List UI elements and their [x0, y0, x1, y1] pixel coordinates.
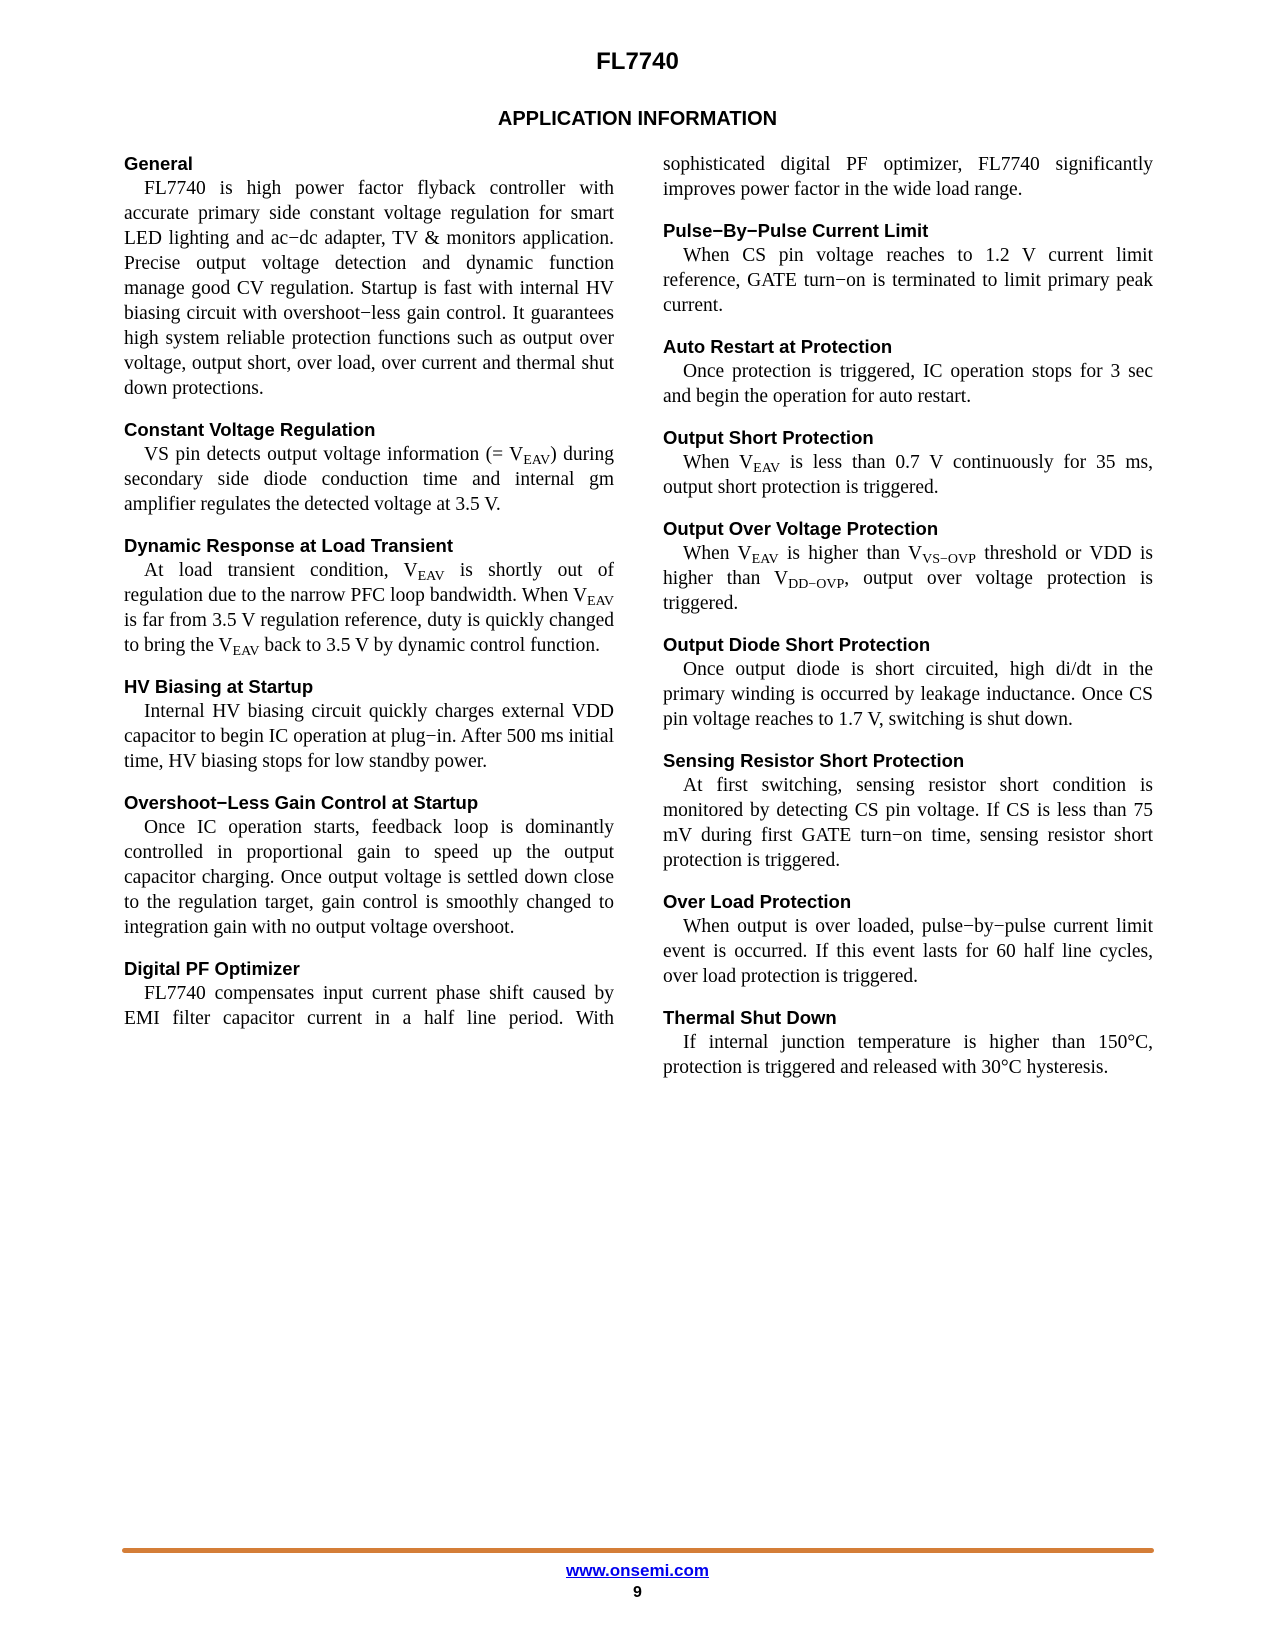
section-heading: Dynamic Response at Load Transient	[124, 534, 614, 558]
section-pulse-by-pulse-current-limit: Pulse−By−Pulse Current Limit When CS pin…	[663, 219, 1153, 318]
section-general: General FL7740 is high power factor flyb…	[124, 152, 614, 401]
document-title: FL7740	[0, 48, 1275, 76]
section-heading: Constant Voltage Regulation	[124, 418, 614, 442]
text-run: When V	[683, 543, 752, 564]
subscript: EAV	[752, 552, 779, 567]
section-output-short-protection: Output Short Protection When VEAV is les…	[663, 426, 1153, 500]
text-run: When V	[683, 452, 753, 473]
right-column: sophisticated digital PF optimizer, FL77…	[663, 152, 1153, 1097]
section-heading: Auto Restart at Protection	[663, 335, 1153, 359]
footer-link-container: www.onsemi.com	[0, 1561, 1275, 1581]
subscript: EAV	[753, 461, 780, 476]
section-heading: Overshoot−Less Gain Control at Startup	[124, 791, 614, 815]
section-heading: HV Biasing at Startup	[124, 675, 614, 699]
section-heading: Output Diode Short Protection	[663, 633, 1153, 657]
section-body: If internal junction temperature is high…	[663, 1030, 1153, 1080]
section-thermal-shut-down: Thermal Shut Down If internal junction t…	[663, 1006, 1153, 1080]
website-link[interactable]: www.onsemi.com	[566, 1561, 709, 1580]
section-sensing-resistor-short-protection: Sensing Resistor Short Protection At fir…	[663, 749, 1153, 873]
section-heading: Pulse−By−Pulse Current Limit	[663, 219, 1153, 243]
section-body: When VEAV is less than 0.7 V continuousl…	[663, 450, 1153, 500]
subscript: DD−OVP	[788, 577, 844, 592]
text-run: VS pin detects output voltage informatio…	[144, 444, 523, 465]
section-heading: Output Over Voltage Protection	[663, 517, 1153, 541]
section-dynamic-response: Dynamic Response at Load Transient At lo…	[124, 534, 614, 658]
subscript: EAV	[523, 453, 550, 468]
section-body: When output is over loaded, pulse−by−pul…	[663, 914, 1153, 989]
subscript: EAV	[418, 569, 445, 584]
section-hv-biasing: HV Biasing at Startup Internal HV biasin…	[124, 675, 614, 774]
section-body: Once IC operation starts, feedback loop …	[124, 815, 614, 940]
section-auto-restart: Auto Restart at Protection Once protecti…	[663, 335, 1153, 409]
section-body: When VEAV is higher than VVS−OVP thresho…	[663, 541, 1153, 616]
section-heading: Over Load Protection	[663, 890, 1153, 914]
section-body: sophisticated digital PF optimizer, FL77…	[663, 152, 1153, 202]
section-body: When CS pin voltage reaches to 1.2 V cur…	[663, 243, 1153, 318]
subscript: EAV	[587, 594, 614, 609]
subscript: EAV	[233, 644, 260, 659]
section-heading: Output Short Protection	[663, 426, 1153, 450]
section-body: At first switching, sensing resistor sho…	[663, 773, 1153, 873]
page-number: 9	[0, 1584, 1275, 1602]
section-digital-pf-optimizer-continued: sophisticated digital PF optimizer, FL77…	[663, 152, 1153, 202]
footer-divider	[122, 1548, 1154, 1553]
text-run: is higher than V	[779, 543, 923, 564]
left-column: General FL7740 is high power factor flyb…	[124, 152, 614, 1048]
section-body: FL7740 is high power factor flyback cont…	[124, 176, 614, 401]
text-run: At load transient condition, V	[144, 560, 418, 581]
section-heading: General	[124, 152, 614, 176]
section-body: Once protection is triggered, IC operati…	[663, 359, 1153, 409]
section-output-diode-short-protection: Output Diode Short Protection Once outpu…	[663, 633, 1153, 732]
section-body: Once output diode is short circuited, hi…	[663, 657, 1153, 732]
section-body: At load transient condition, VEAV is sho…	[124, 558, 614, 658]
section-output-over-voltage-protection: Output Over Voltage Protection When VEAV…	[663, 517, 1153, 616]
section-over-load-protection: Over Load Protection When output is over…	[663, 890, 1153, 989]
section-body: Internal HV biasing circuit quickly char…	[124, 699, 614, 774]
section-heading: Digital PF Optimizer	[124, 957, 614, 981]
section-heading: Thermal Shut Down	[663, 1006, 1153, 1030]
section-title: APPLICATION INFORMATION	[0, 108, 1275, 131]
section-digital-pf-optimizer: Digital PF Optimizer FL7740 compensates …	[124, 957, 614, 1031]
section-body: FL7740 compensates input current phase s…	[124, 981, 614, 1031]
section-constant-voltage-regulation: Constant Voltage Regulation VS pin detec…	[124, 418, 614, 517]
section-body: VS pin detects output voltage informatio…	[124, 442, 614, 517]
subscript: VS−OVP	[922, 552, 976, 567]
section-overshoot-less-gain: Overshoot−Less Gain Control at Startup O…	[124, 791, 614, 940]
text-run: back to 3.5 V by dynamic control functio…	[259, 635, 599, 656]
section-heading: Sensing Resistor Short Protection	[663, 749, 1153, 773]
